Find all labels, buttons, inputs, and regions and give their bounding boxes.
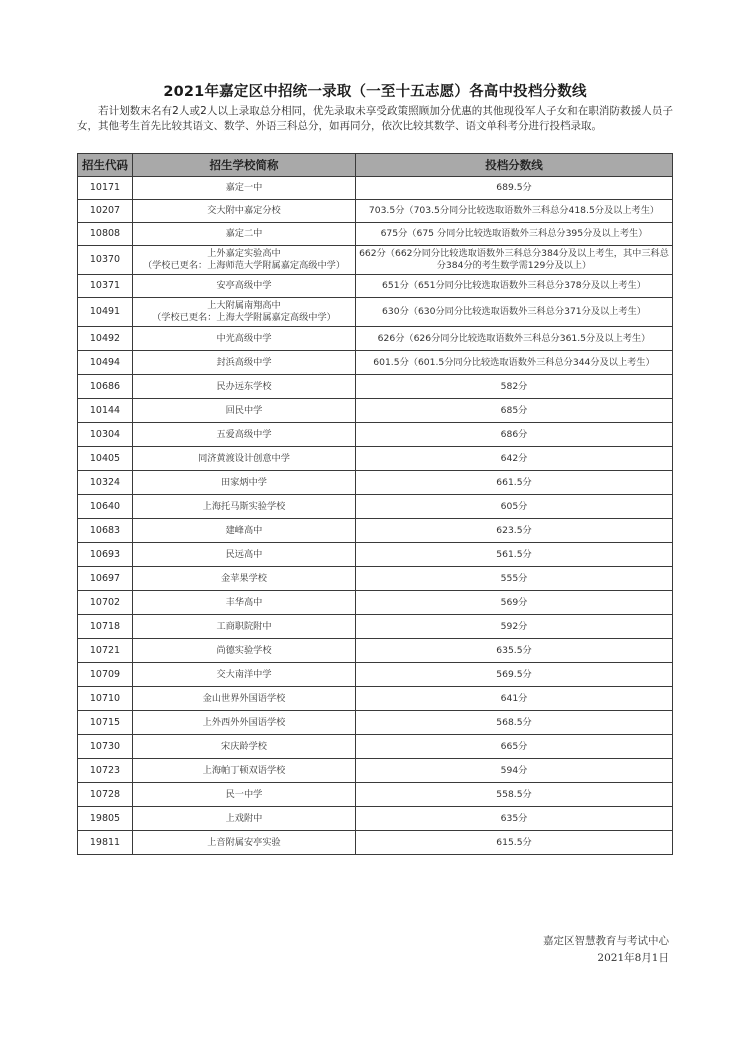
school-name: 丰华高中 — [135, 597, 353, 609]
table-row: 10494封浜高级中学601.5分（601.5分同分比较选取语数外三科总分344… — [78, 351, 673, 375]
cell-code: 10405 — [78, 447, 133, 471]
cell-code: 10370 — [78, 246, 133, 275]
cell-code: 10728 — [78, 783, 133, 807]
school-name: 上外嘉定实验高中 — [135, 248, 353, 260]
school-name: 上戏附中 — [135, 813, 353, 825]
cell-code: 10494 — [78, 351, 133, 375]
cell-score: 623.5分 — [356, 519, 673, 543]
cell-school: 丰华高中 — [133, 591, 356, 615]
school-name: 封浜高级中学 — [135, 357, 353, 369]
table-row: 10718工商职院附中592分 — [78, 615, 673, 639]
cell-school: 上音附属安亭实验 — [133, 831, 356, 855]
school-name: 民远高中 — [135, 549, 353, 561]
cell-code: 10686 — [78, 375, 133, 399]
school-name: 同济黄渡设计创意中学 — [135, 453, 353, 465]
table-row: 10683建峰高中623.5分 — [78, 519, 673, 543]
cell-score: 558.5分 — [356, 783, 673, 807]
cell-code: 10730 — [78, 735, 133, 759]
cell-code: 10491 — [78, 298, 133, 327]
table-row: 10370上外嘉定实验高中（学校已更名：上海师范大学附属嘉定高级中学）662分（… — [78, 246, 673, 275]
table-row: 10709交大南洋中学569.5分 — [78, 663, 673, 687]
cell-score: 630分（630分同分比较选取语数外三科总分371分及以上考生） — [356, 298, 673, 327]
cell-score: 686分 — [356, 423, 673, 447]
cell-school: 上大附属南翔高中（学校已更名：上海大学附属嘉定高级中学） — [133, 298, 356, 327]
school-name: 交大附中嘉定分校 — [135, 205, 353, 217]
school-name: 上海帕丁顿双语学校 — [135, 765, 353, 777]
table-row: 10723上海帕丁顿双语学校594分 — [78, 759, 673, 783]
cell-school: 田家炳中学 — [133, 471, 356, 495]
cell-school: 封浜高级中学 — [133, 351, 356, 375]
cell-code: 19805 — [78, 807, 133, 831]
cell-code: 10693 — [78, 543, 133, 567]
cell-code: 10721 — [78, 639, 133, 663]
school-name: 嘉定二中 — [135, 228, 353, 240]
cell-code: 10709 — [78, 663, 133, 687]
table-row: 10728民一中学558.5分 — [78, 783, 673, 807]
cell-score: 569.5分 — [356, 663, 673, 687]
cell-school: 上戏附中 — [133, 807, 356, 831]
cell-score: 592分 — [356, 615, 673, 639]
cell-code: 19811 — [78, 831, 133, 855]
cell-school: 上海帕丁顿双语学校 — [133, 759, 356, 783]
table-row: 10324田家炳中学661.5分 — [78, 471, 673, 495]
cell-score: 662分（662分同分比较选取语数外三科总分384分及以上考生，其中三科总分38… — [356, 246, 673, 275]
cell-code: 10710 — [78, 687, 133, 711]
cell-score: 703.5分（703.5分同分比较选取语数外三科总分418.5分及以上考生） — [356, 200, 673, 223]
school-name: 宋庆龄学校 — [135, 741, 353, 753]
cell-code: 10702 — [78, 591, 133, 615]
cell-school: 上海托马斯实验学校 — [133, 495, 356, 519]
school-name: 金山世界外国语学校 — [135, 693, 353, 705]
cell-code: 10723 — [78, 759, 133, 783]
school-rename-note: （学校已更名：上海师范大学附属嘉定高级中学） — [135, 260, 353, 272]
school-name: 上音附属安亭实验 — [135, 837, 353, 849]
table-row: 10710金山世界外国语学校641分 — [78, 687, 673, 711]
cell-school: 回民中学 — [133, 399, 356, 423]
table-row: 19805上戏附中635分 — [78, 807, 673, 831]
cell-school: 安亭高级中学 — [133, 275, 356, 298]
cell-score: 635分 — [356, 807, 673, 831]
cell-score: 685分 — [356, 399, 673, 423]
table-row: 19811上音附属安亭实验615.5分 — [78, 831, 673, 855]
table-row: 10491上大附属南翔高中（学校已更名：上海大学附属嘉定高级中学）630分（63… — [78, 298, 673, 327]
school-name: 交大南洋中学 — [135, 669, 353, 681]
cell-school: 民一中学 — [133, 783, 356, 807]
cell-code: 10683 — [78, 519, 133, 543]
table-row: 10492中光高级中学626分（626分同分比较选取语数外三科总分361.5分及… — [78, 327, 673, 351]
cell-score: 651分（651分同分比较选取语数外三科总分378分及以上考生） — [356, 275, 673, 298]
cell-school: 上外西外外国语学校 — [133, 711, 356, 735]
table-row: 10702丰华高中569分 — [78, 591, 673, 615]
score-table: 招生代码 招生学校简称 投档分数线 10171嘉定一中689.5分10207交大… — [77, 153, 673, 855]
table-row: 10686民办远东学校582分 — [78, 375, 673, 399]
cell-school: 尚德实验学校 — [133, 639, 356, 663]
school-name: 嘉定一中 — [135, 182, 353, 194]
table-row: 10144回民中学685分 — [78, 399, 673, 423]
school-name: 上外西外外国语学校 — [135, 717, 353, 729]
cell-code: 10697 — [78, 567, 133, 591]
cell-code: 10492 — [78, 327, 133, 351]
school-name: 民一中学 — [135, 789, 353, 801]
cell-score: 555分 — [356, 567, 673, 591]
cell-score: 689.5分 — [356, 177, 673, 200]
school-name: 安亭高级中学 — [135, 280, 353, 292]
school-name: 中光高级中学 — [135, 333, 353, 345]
cell-school: 金苹果学校 — [133, 567, 356, 591]
school-name: 建峰高中 — [135, 525, 353, 537]
cell-school: 交大附中嘉定分校 — [133, 200, 356, 223]
cell-code: 10324 — [78, 471, 133, 495]
school-name: 田家炳中学 — [135, 477, 353, 489]
cell-score: 582分 — [356, 375, 673, 399]
cell-code: 10371 — [78, 275, 133, 298]
cell-score: 642分 — [356, 447, 673, 471]
cell-score: 615.5分 — [356, 831, 673, 855]
cell-code: 10718 — [78, 615, 133, 639]
issue-date: 2021年8月1日 — [597, 950, 669, 965]
cell-school: 中光高级中学 — [133, 327, 356, 351]
cell-school: 交大南洋中学 — [133, 663, 356, 687]
cell-school: 同济黄渡设计创意中学 — [133, 447, 356, 471]
issuer: 嘉定区智慧教育与考试中心 — [543, 933, 669, 948]
cell-school: 民办远东学校 — [133, 375, 356, 399]
table-row: 10808嘉定二中675分（675 分同分比较选取语数外三科总分395分及以上考… — [78, 223, 673, 246]
cell-code: 10207 — [78, 200, 133, 223]
school-name: 金苹果学校 — [135, 573, 353, 585]
cell-school: 嘉定一中 — [133, 177, 356, 200]
cell-score: 561.5分 — [356, 543, 673, 567]
cell-score: 601.5分（601.5分同分比较选取语数外三科总分344分及以上考生） — [356, 351, 673, 375]
cell-score: 568.5分 — [356, 711, 673, 735]
school-name: 民办远东学校 — [135, 381, 353, 393]
cell-score: 594分 — [356, 759, 673, 783]
table-row: 10640上海托马斯实验学校605分 — [78, 495, 673, 519]
header-school: 招生学校简称 — [133, 154, 356, 177]
header-code: 招生代码 — [78, 154, 133, 177]
table-row: 10697金苹果学校555分 — [78, 567, 673, 591]
cell-score: 641分 — [356, 687, 673, 711]
table-row: 10171嘉定一中689.5分 — [78, 177, 673, 200]
cell-score: 626分（626分同分比较选取语数外三科总分361.5分及以上考生） — [356, 327, 673, 351]
cell-school: 金山世界外国语学校 — [133, 687, 356, 711]
cell-score: 569分 — [356, 591, 673, 615]
cell-code: 10715 — [78, 711, 133, 735]
cell-code: 10171 — [78, 177, 133, 200]
table-row: 10207交大附中嘉定分校703.5分（703.5分同分比较选取语数外三科总分4… — [78, 200, 673, 223]
table-row: 10715上外西外外国语学校568.5分 — [78, 711, 673, 735]
cell-school: 上外嘉定实验高中（学校已更名：上海师范大学附属嘉定高级中学） — [133, 246, 356, 275]
cell-score: 661.5分 — [356, 471, 673, 495]
school-name: 尚德实验学校 — [135, 645, 353, 657]
school-name: 工商职院附中 — [135, 621, 353, 633]
intro-paragraph: 若计划数末名有2人或2人以上录取总分相同，优先录取未享受政策照顾加分优惠的其他现… — [77, 104, 673, 134]
table-row: 10693民远高中561.5分 — [78, 543, 673, 567]
cell-school: 宋庆龄学校 — [133, 735, 356, 759]
table-row: 10304五爱高级中学686分 — [78, 423, 673, 447]
cell-school: 民远高中 — [133, 543, 356, 567]
cell-code: 10144 — [78, 399, 133, 423]
document-title: 2021年嘉定区中招统一录取（一至十五志愿）各高中投档分数线 — [0, 80, 750, 101]
cell-score: 665分 — [356, 735, 673, 759]
cell-score: 635.5分 — [356, 639, 673, 663]
table-row: 10371安亭高级中学651分（651分同分比较选取语数外三科总分378分及以上… — [78, 275, 673, 298]
school-name: 五爱高级中学 — [135, 429, 353, 441]
table-body: 10171嘉定一中689.5分10207交大附中嘉定分校703.5分（703.5… — [78, 177, 673, 855]
header-score: 投档分数线 — [356, 154, 673, 177]
cell-school: 建峰高中 — [133, 519, 356, 543]
table-row: 10730宋庆龄学校665分 — [78, 735, 673, 759]
table-row: 10721尚德实验学校635.5分 — [78, 639, 673, 663]
school-name: 回民中学 — [135, 405, 353, 417]
cell-school: 五爱高级中学 — [133, 423, 356, 447]
table-header-row: 招生代码 招生学校简称 投档分数线 — [78, 154, 673, 177]
cell-code: 10640 — [78, 495, 133, 519]
cell-score: 605分 — [356, 495, 673, 519]
school-name: 上大附属南翔高中 — [135, 300, 353, 312]
cell-school: 工商职院附中 — [133, 615, 356, 639]
cell-score: 675分（675 分同分比较选取语数外三科总分395分及以上考生） — [356, 223, 673, 246]
cell-code: 10808 — [78, 223, 133, 246]
school-name: 上海托马斯实验学校 — [135, 501, 353, 513]
table-row: 10405同济黄渡设计创意中学642分 — [78, 447, 673, 471]
cell-school: 嘉定二中 — [133, 223, 356, 246]
school-rename-note: （学校已更名：上海大学附属嘉定高级中学） — [135, 312, 353, 324]
cell-code: 10304 — [78, 423, 133, 447]
